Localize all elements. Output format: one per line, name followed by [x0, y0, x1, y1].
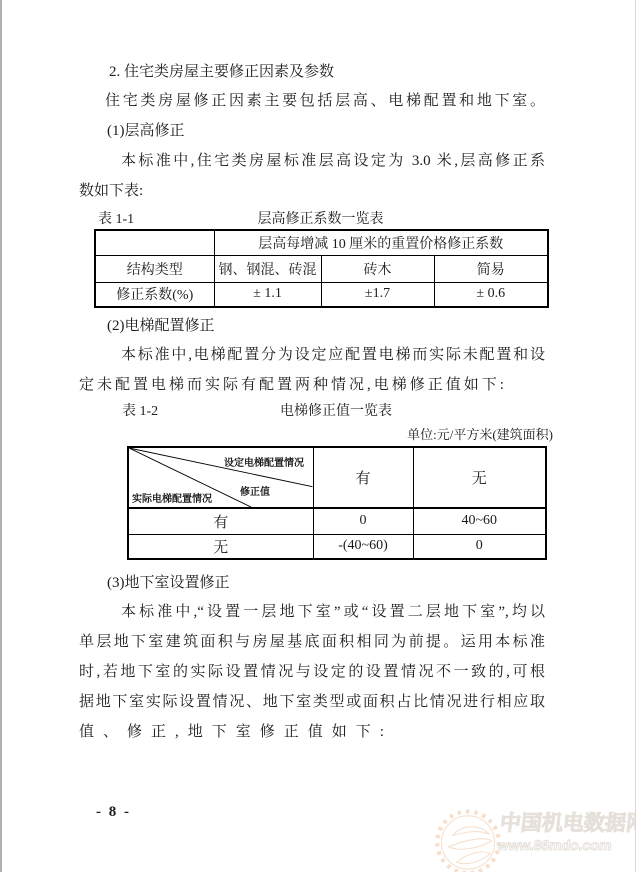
table-cell-empty — [95, 230, 214, 255]
paragraph-line: 值、修正,地下室修正值如下: — [79, 721, 545, 743]
table-1-1: 层高每增减 10 厘米的重置价格修正系数 结构类型 钢、钢混、砖混 砖木 简易 … — [94, 229, 549, 308]
paragraph-line: 单层地下室建筑面积与房屋基底面积相同为前提。运用本标准 — [79, 631, 545, 653]
table-cell: 0 — [413, 534, 546, 559]
paragraph-line: 本标准中,电梯配置分为设定应配置电梯而实际未配置和设 — [79, 344, 545, 366]
paragraph-line: 本标准中,住宅类房屋标准层高设定为 3.0 米,层高修正系 — [79, 150, 545, 172]
intro-paragraph: 住宅类房屋修正因素主要包括层高、电梯配置和地下室。 — [79, 90, 545, 112]
subsection-3-title: (3)地下室设置修正 — [79, 572, 545, 594]
table-cell: 砖木 — [321, 255, 434, 282]
paragraph-line: 据地下室实际设置情况、地下室类型或面积占比情况进行相应取 — [79, 691, 545, 713]
paragraph-line: 本标准中,“设置一层地下室”或“设置二层地下室”,均以 — [79, 601, 545, 623]
table-1-2-title: 电梯修正值一览表 — [127, 403, 545, 421]
diagonal-label-bottom: 实际电梯配置情况 — [132, 494, 212, 506]
table-cell-span-header: 层高每增减 10 厘米的重置价格修正系数 — [214, 230, 548, 255]
table-1-2: 设定电梯配置情况 修正值 实际电梯配置情况 有 无 有 0 40~60 无 -(… — [127, 446, 547, 560]
diagonal-label-top: 设定电梯配置情况 — [224, 458, 304, 470]
watermark-site-name: 中国机电数据网 — [499, 812, 636, 835]
table-cell: 40~60 — [413, 508, 546, 534]
paragraph-line: 时,若地下室的实际设置情况与设定的设置情况不一致的,可根 — [79, 661, 545, 683]
table-cell: -(40~60) — [313, 534, 413, 559]
subsection-1-title: (1)层高修正 — [79, 120, 545, 142]
subsection-2-title: (2)电梯配置修正 — [79, 315, 545, 337]
table-row: 结构类型 钢、钢混、砖混 砖木 简易 — [95, 255, 548, 282]
paragraph-line: 定未配置电梯而实际有配置两种情况,电梯修正值如下: — [79, 374, 545, 396]
table-cell: 0 — [313, 508, 413, 534]
table-cell: 有 — [128, 508, 313, 534]
table-cell: 钢、钢混、砖混 — [214, 255, 321, 282]
gear-watermark-icon — [430, 806, 506, 872]
table-cell: ±1.7 — [321, 282, 434, 307]
table-1-1-title: 层高修正系数一览表 — [94, 211, 547, 229]
table-cell: 修正系数(%) — [95, 282, 214, 307]
table-cell: 结构类型 — [95, 255, 214, 282]
table-cell: ± 0.6 — [434, 282, 548, 307]
table-cell-col-no: 无 — [413, 447, 546, 508]
table-cell: ± 1.1 — [214, 282, 321, 307]
table-cell-col-yes: 有 — [313, 447, 413, 508]
diagonal-label-mid: 修正值 — [240, 487, 270, 499]
table-row: 修正系数(%) ± 1.1 ±1.7 ± 0.6 — [95, 282, 548, 307]
table-1-2-unit-note: 单位:元/平方米(建筑面积) — [127, 426, 553, 443]
table-row: 层高每增减 10 厘米的重置价格修正系数 — [95, 230, 548, 255]
table-row: 无 -(40~60) 0 — [128, 534, 546, 559]
page-number: - 8 - — [96, 804, 131, 821]
table-cell: 简易 — [434, 255, 548, 282]
table-header-row: 设定电梯配置情况 修正值 实际电梯配置情况 有 无 — [128, 447, 546, 508]
paragraph-line: 数如下表: — [79, 180, 545, 202]
table-row: 有 0 40~60 — [128, 508, 546, 534]
section-heading: 2. 住宅类房屋主要修正因素及参数 — [79, 61, 545, 83]
diagonal-header-cell: 设定电梯配置情况 修正值 实际电梯配置情况 — [128, 447, 313, 508]
watermark-text: 中国机电数据网 www.86mdo.com — [497, 812, 636, 853]
watermark-site-url: www.86mdo.com — [497, 838, 636, 853]
document-page: 2. 住宅类房屋主要修正因素及参数 住宅类房屋修正因素主要包括层高、电梯配置和地… — [0, 0, 636, 872]
table-cell: 无 — [128, 534, 313, 559]
